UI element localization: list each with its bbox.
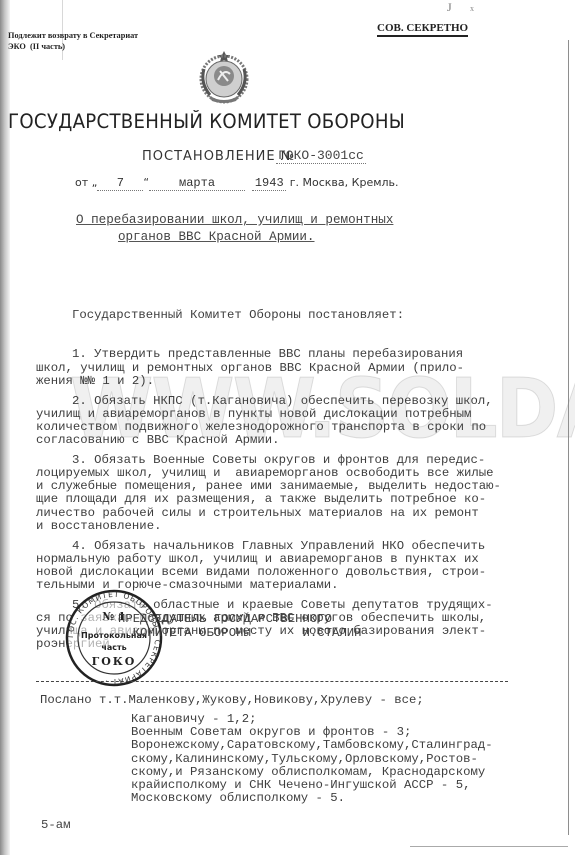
decree-subject: О перебазировании школ, училищ и ремонтн… — [76, 212, 393, 246]
decree-date-line: от „7“марта 1943 г. Москва, Кремль. — [75, 176, 399, 196]
date-month: марта — [149, 176, 245, 191]
distribution-list: Кагановичу - 1,2;Военным Советам округов… — [131, 713, 493, 805]
handwritten-mark: J — [447, 0, 452, 15]
return-note-line-2: ЭКО (II часть) — [8, 41, 138, 52]
organization-title: ГОСУДАРСТВЕННЫЙ КОМИТЕТ ОБОРОНЫ — [8, 110, 405, 133]
distribution-line: Воронежскому,Саратовскому,Тамбовскому,Ст… — [131, 739, 493, 752]
date-prefix: от „ — [75, 176, 97, 189]
decree-item-line: жения №№ 1 и 2). — [36, 375, 556, 388]
typist-code: 5-ам — [41, 818, 71, 832]
decree-item-2: 2. Обязать НКПС (т.Кагановича) обеспечит… — [36, 395, 556, 408]
signature-title: ПРЕДСЕДАТЕЛЬ ГОСУДАРСТВЕННОГО — [118, 613, 362, 627]
seal-line-2: часть — [101, 643, 126, 652]
decree-item-1: 1. Утвердить представленные ВВС планы пе… — [36, 348, 556, 361]
decree-item-line: личество рабочей силы и строительных мат… — [36, 507, 556, 520]
decree-item-line: нормальную работу школ, училищ и авиарем… — [36, 553, 556, 566]
decree-item-line: согласованию с ВВС Красной Армии. — [36, 434, 556, 447]
date-year: 1943 — [252, 176, 286, 191]
subject-line-1: О перебазировании школ, училищ и ремонтн… — [76, 213, 393, 227]
distribution-line: скому,Калининскому,Тульскому,Орловскому,… — [131, 753, 493, 766]
body-intro: Государственный Комитет Обороны постанов… — [36, 309, 556, 322]
date-place: г. Москва, Кремль. — [290, 176, 399, 189]
handwritten-mark-small: x — [470, 4, 474, 13]
decree-item-line: училищ и авиареморганов в пункты новой д… — [36, 408, 556, 421]
distribution-first-line: Послано т.т.Маленкову,Жукову,Новикову,Хр… — [40, 694, 424, 707]
return-note: Подлежит возврату в СекретариатЭКО (II ч… — [8, 30, 138, 52]
page-bottom-border — [410, 846, 568, 847]
decree-item-line: школ, училищ и ремонтных органов ВВС Кра… — [36, 362, 556, 375]
subject-line-2: органов ВВС Красной Армии. — [118, 230, 315, 244]
seal-line-3: ГОКО — [92, 655, 137, 668]
date-day: 7 — [97, 176, 143, 191]
decree-label: ПОСТАНОВЛЕНИЕ № — [142, 149, 295, 164]
decree-item-line: новой дислокации всеми видами положенног… — [36, 566, 556, 579]
return-note-line-1: Подлежит возврату в Секретариат — [8, 30, 138, 41]
decree-item-line: и восстановление. — [36, 520, 556, 533]
separator-line — [36, 681, 508, 682]
decree-item-4: 4. Обязать начальников Главных Управлени… — [36, 540, 556, 553]
classification-stamp: СОВ. СЕКРЕТНО — [377, 22, 468, 37]
signature-name: КОМИТЕТА ОБОРОНЫ И.СТАЛИН — [118, 627, 362, 641]
decree-item-line: щие площади для их размещения, а также в… — [36, 493, 556, 506]
signature-block: ПРЕДСЕДАТЕЛЬ ГОСУДАРСТВЕННОГО КОМИТЕТА О… — [118, 613, 362, 640]
distribution-line: Московскому облисполкому - 5. — [131, 792, 493, 805]
decree-number: ГОКО-3001сс — [276, 148, 366, 164]
ussr-coat-of-arms-icon — [198, 49, 250, 105]
